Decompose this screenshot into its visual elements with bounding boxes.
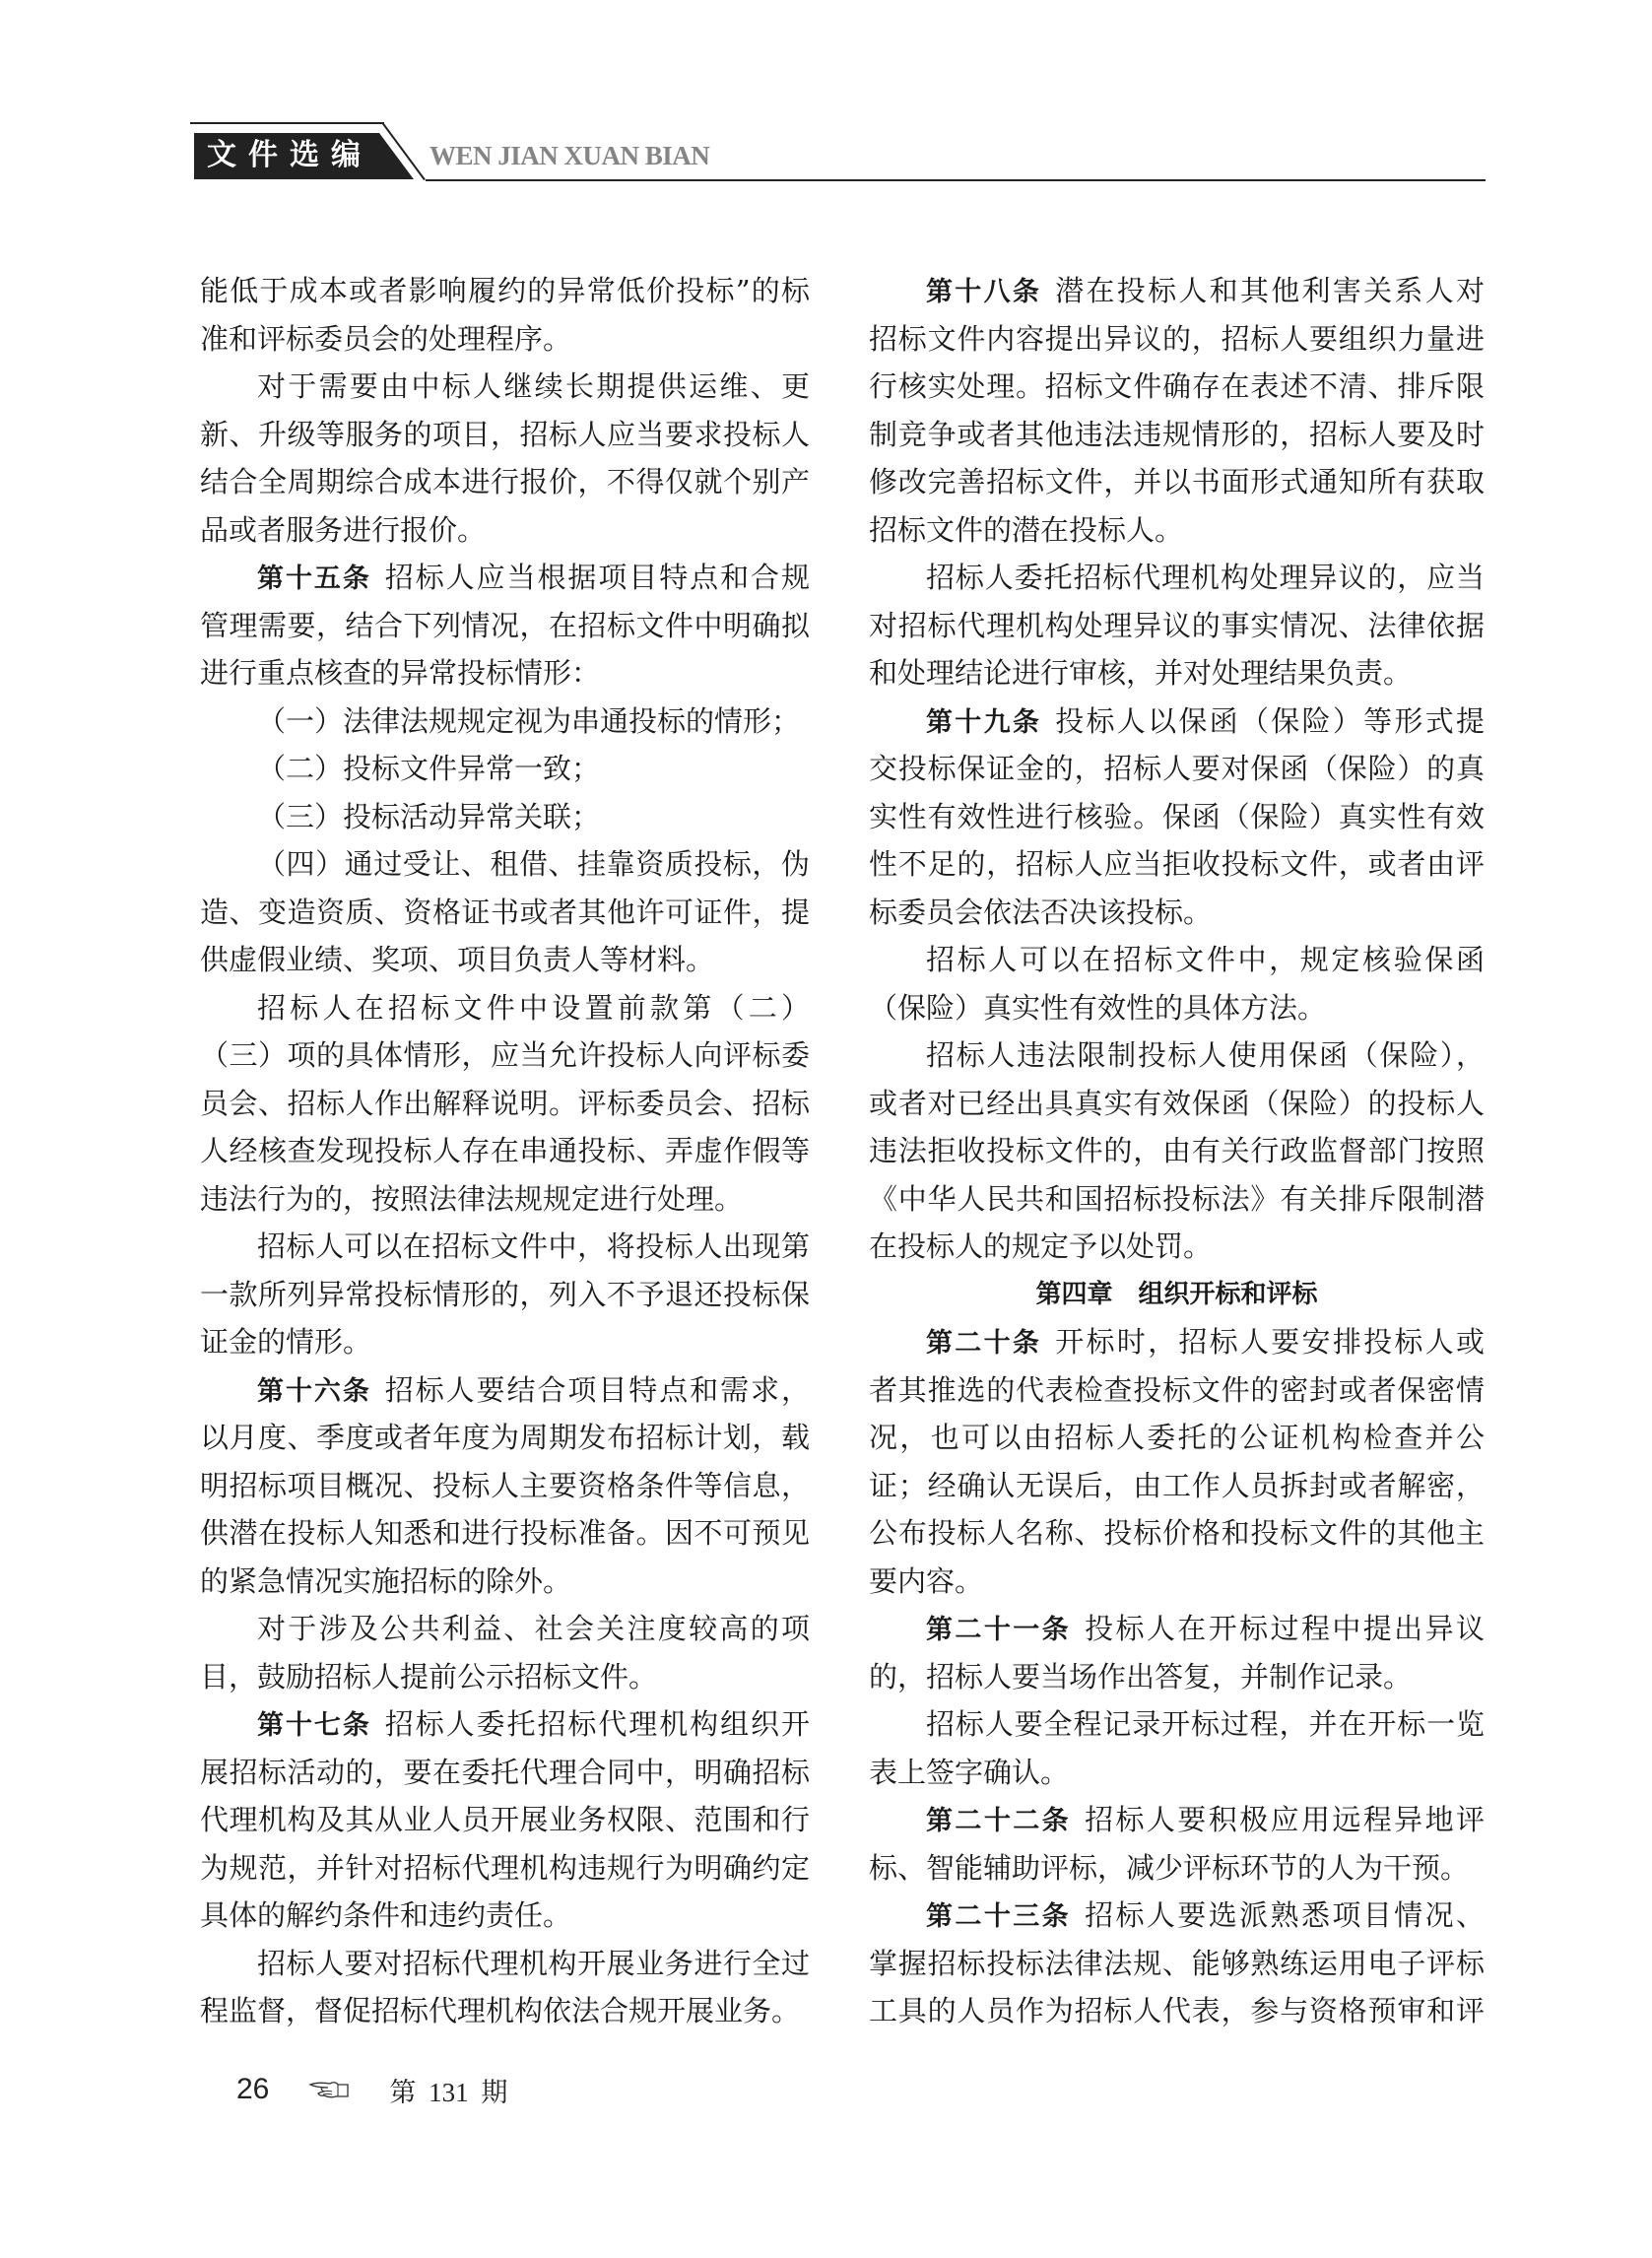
line-text: 展招标活动的，要在委托代理合同中，明确招标 bbox=[200, 1756, 810, 1789]
line-text: 招标人违法限制投标人使用保函（保险）， bbox=[926, 1038, 1485, 1072]
text-line: 第二十三条招标人要选派熟悉项目情况、 bbox=[869, 1892, 1485, 1940]
line-text: 公布投标人名称、投标价格和投标文件的其他主 bbox=[869, 1516, 1485, 1550]
line-text: 行核实处理。招标文件确存在表述不清、排斥限 bbox=[869, 369, 1485, 403]
right-column: 第十八条潜在投标人和其他利害关系人对招标文件内容提出异议的，招标人要组织力量进行… bbox=[869, 267, 1485, 2035]
text-line: 对于需要由中标人继续长期提供运维、更 bbox=[200, 363, 810, 411]
text-line: 人经核查发现投标人存在串通投标、弄虚作假等 bbox=[200, 1127, 810, 1175]
line-text: 招标人可以在招标文件中，将投标人出现第 bbox=[257, 1229, 810, 1263]
text-line: 品或者服务进行报价。 bbox=[200, 506, 810, 555]
text-line: 公布投标人名称、投标价格和投标文件的其他主 bbox=[869, 1509, 1485, 1558]
text-line: 第十八条潜在投标人和其他利害关系人对 bbox=[869, 267, 1485, 315]
text-line: 招标文件内容提出异议的，招标人要组织力量进 bbox=[869, 315, 1485, 364]
line-text: 以月度、季度或者年度为周期发布招标计划，载 bbox=[200, 1421, 810, 1454]
line-text: 招标人应当根据项目特点和合规 bbox=[385, 561, 810, 594]
line-text: 品或者服务进行报价。 bbox=[200, 513, 486, 547]
line-text: 者其推选的代表检查投标文件的密封或者保密情 bbox=[869, 1373, 1485, 1407]
text-line: 管理需要，结合下列情况，在招标文件中明确拟 bbox=[200, 602, 810, 650]
text-line: 证；经确认无误后，由工作人员拆封或者解密， bbox=[869, 1462, 1485, 1510]
text-line: 进行重点核查的异常投标情形： bbox=[200, 649, 810, 697]
line-text: 性不足的，招标人应当拒收投标文件，或者由评 bbox=[869, 847, 1485, 881]
left-column: 能低于成本或者影响履约的异常低价投标”的标准和评标委员会的处理程序。对于需要由中… bbox=[200, 267, 810, 2035]
line-text: 对于涉及公共利益、社会关注度较高的项 bbox=[257, 1612, 810, 1645]
line-text: 在投标人的规定予以处罚。 bbox=[869, 1229, 1212, 1263]
article-number: 第二十二条 bbox=[926, 1806, 1071, 1836]
article-number: 第十八条 bbox=[926, 277, 1041, 307]
line-text: 开标时，招标人要安排投标人或 bbox=[1055, 1325, 1485, 1359]
article-number: 第二十一条 bbox=[926, 1615, 1071, 1645]
line-text: 投标人以保函（保险）等形式提 bbox=[1055, 704, 1485, 738]
text-line: 一款所列异常投标情形的，列入不予退还投标保 bbox=[200, 1271, 810, 1319]
line-text: 招标人委托招标代理机构组织开 bbox=[385, 1707, 810, 1741]
line-text: 结合全周期综合成本进行报价，不得仅就个别产 bbox=[200, 465, 810, 498]
line-text: 要内容。 bbox=[869, 1564, 983, 1598]
text-line: 具体的解约条件和违约责任。 bbox=[200, 1892, 810, 1940]
text-line: 第十七条招标人委托招标代理机构组织开 bbox=[200, 1700, 810, 1749]
line-text: 人经核查发现投标人存在串通投标、弄虚作假等 bbox=[200, 1134, 810, 1167]
article-number: 第二十条 bbox=[926, 1328, 1041, 1359]
text-line: 行核实处理。招标文件确存在表述不清、排斥限 bbox=[869, 363, 1485, 411]
header-rule bbox=[426, 179, 1486, 181]
issue-label: 第 131 期 bbox=[389, 2071, 507, 2109]
text-line: 对招标代理机构处理异议的事实情况、法律依据 bbox=[869, 602, 1485, 650]
line-text: 造、变造资质、资格证书或者其他许可证件，提 bbox=[200, 896, 810, 929]
line-text: 交投标保证金的，招标人要对保函（保险）的真 bbox=[869, 752, 1485, 785]
text-line: 或者对已经出具真实有效保函（保险）的投标人 bbox=[869, 1080, 1485, 1128]
text-line: 者其推选的代表检查投标文件的密封或者保密情 bbox=[869, 1366, 1485, 1415]
text-line: 招标人可以在招标文件中，规定核验保函 bbox=[869, 936, 1485, 984]
text-line: 结合全周期综合成本进行报价，不得仅就个别产 bbox=[200, 458, 810, 506]
line-text: 明招标项目概况、投标人主要资格条件等信息， bbox=[200, 1469, 810, 1502]
text-line: 第二十二条招标人要积极应用远程异地评 bbox=[869, 1796, 1485, 1844]
line-text: 管理需要，结合下列情况，在招标文件中明确拟 bbox=[200, 609, 810, 642]
text-line: 以月度、季度或者年度为周期发布招标计划，载 bbox=[200, 1414, 810, 1462]
line-text: 标委员会依法否决该投标。 bbox=[869, 896, 1212, 929]
chapter-heading: 第四章 组织开标和评标 bbox=[869, 1271, 1485, 1319]
line-text: 违法行为的，按照法律法规规定进行处理。 bbox=[200, 1182, 743, 1216]
line-text: （四）通过受让、租借、挂靠资质投标，伪 bbox=[257, 847, 810, 881]
line-text: 第四章 组织开标和评标 bbox=[1035, 1280, 1317, 1309]
text-line: 的紧急情况实施招标的除外。 bbox=[200, 1558, 810, 1606]
line-text: 能低于成本或者影响履约的异常低价投标”的标 bbox=[200, 274, 810, 307]
text-line: 第二十条开标时，招标人要安排投标人或 bbox=[869, 1318, 1485, 1366]
text-line: 为规范，并针对招标代理机构违规行为明确约定 bbox=[200, 1844, 810, 1893]
line-text: 招标人要积极应用远程异地评 bbox=[1085, 1803, 1485, 1836]
text-line: 展招标活动的，要在委托代理合同中，明确招标 bbox=[200, 1749, 810, 1797]
page-footer: 26 第 131 期 bbox=[236, 2073, 507, 2106]
line-text: 的，招标人要当场作出答复，并制作记录。 bbox=[869, 1660, 1412, 1693]
text-line: 工具的人员作为招标人代表，参与资格预审和评 bbox=[869, 1987, 1485, 2035]
line-text: 员会、招标人作出解释说明。评标委员会、招标 bbox=[200, 1087, 810, 1120]
line-text: 招标人委托招标代理机构处理异议的，应当 bbox=[926, 561, 1485, 594]
line-text: 和处理结论进行审核，并对处理结果负责。 bbox=[869, 656, 1412, 690]
line-text: 潜在投标人和其他利害关系人对 bbox=[1055, 274, 1485, 307]
line-text: 招标人可以在招标文件中，规定核验保函 bbox=[926, 943, 1485, 976]
line-text: （一）法律法规规定视为串通投标的情形； bbox=[257, 704, 800, 738]
text-line: 修改完善招标文件，并以书面形式通知所有获取 bbox=[869, 458, 1485, 506]
line-text: 况，也可以由招标人委托的公证机构检查并公 bbox=[869, 1421, 1485, 1454]
text-line: 和处理结论进行审核，并对处理结果负责。 bbox=[869, 649, 1485, 697]
line-text: 准和评标委员会的处理程序。 bbox=[200, 322, 571, 356]
page-number: 26 bbox=[236, 2073, 269, 2106]
text-line: 程监督，督促招标代理机构依法合规开展业务。 bbox=[200, 1987, 810, 2035]
line-text: 招标人要全程记录开标过程，并在开标一览 bbox=[926, 1707, 1485, 1741]
line-text: 对招标代理机构处理异议的事实情况、法律依据 bbox=[869, 609, 1485, 642]
text-line: 性不足的，招标人应当拒收投标文件，或者由评 bbox=[869, 840, 1485, 889]
section-title-en: WEN JIAN XUAN BIAN bbox=[430, 141, 709, 170]
text-line: 违法拒收投标文件的，由有关行政监督部门按照 bbox=[869, 1127, 1485, 1175]
line-text: 《中华人民共和国招标投标法》有关排斥限制潜 bbox=[869, 1182, 1485, 1216]
text-line: （三）项的具体情形，应当允许投标人向评标委 bbox=[200, 1031, 810, 1080]
line-text: （二）投标文件异常一致； bbox=[257, 752, 600, 785]
text-line: （保险）真实性有效性的具体方法。 bbox=[869, 984, 1485, 1032]
line-text: 供潜在投标人知悉和进行投标准备。因不可预见 bbox=[200, 1516, 810, 1550]
text-line: 能低于成本或者影响履约的异常低价投标”的标 bbox=[200, 267, 810, 315]
line-text: 修改完善招标文件，并以书面形式通知所有获取 bbox=[869, 465, 1485, 498]
line-text: 对于需要由中标人继续长期提供运维、更 bbox=[257, 369, 810, 403]
section-title-cn: 文件选编 bbox=[207, 137, 372, 174]
text-line: 第十六条招标人要结合项目特点和需求， bbox=[200, 1366, 810, 1415]
line-text: 新、升级等服务的项目，招标人应当要求投标人 bbox=[200, 418, 810, 451]
line-text: 违法拒收投标文件的，由有关行政监督部门按照 bbox=[869, 1134, 1485, 1167]
text-line: 表上签字确认。 bbox=[869, 1749, 1485, 1797]
header-top-line bbox=[190, 122, 384, 124]
line-text: 或者对已经出具真实有效保函（保险）的投标人 bbox=[869, 1087, 1485, 1120]
text-line: 准和评标委员会的处理程序。 bbox=[200, 315, 810, 364]
line-text: 招标人要对招标代理机构开展业务进行全过 bbox=[257, 1947, 810, 1980]
text-line: 对于涉及公共利益、社会关注度较高的项 bbox=[200, 1605, 810, 1653]
line-text: （保险）真实性有效性的具体方法。 bbox=[869, 991, 1326, 1025]
text-line: 第十五条招标人应当根据项目特点和合规 bbox=[200, 554, 810, 602]
pointing-hand-icon bbox=[308, 2079, 350, 2100]
line-text: 工具的人员作为招标人代表，参与资格预审和评 bbox=[869, 1994, 1485, 2027]
article-number: 第二十三条 bbox=[926, 1901, 1071, 1932]
text-line: 供虚假业绩、奖项、项目负责人等材料。 bbox=[200, 936, 810, 984]
line-text: 的紧急情况实施招标的除外。 bbox=[200, 1564, 571, 1598]
article-number: 第十七条 bbox=[257, 1710, 371, 1741]
line-text: （三）投标活动异常关联； bbox=[257, 800, 600, 833]
text-line: 招标人要全程记录开标过程，并在开标一览 bbox=[869, 1700, 1485, 1749]
line-text: （三）项的具体情形，应当允许投标人向评标委 bbox=[200, 1038, 810, 1072]
text-line: 招标人在招标文件中设置前款第（二） bbox=[200, 984, 810, 1032]
text-line: 造、变造资质、资格证书或者其他许可证件，提 bbox=[200, 889, 810, 937]
line-text: 掌握招标投标法律法规、能够熟练运用电子评标 bbox=[869, 1947, 1485, 1980]
text-line: 招标人要对招标代理机构开展业务进行全过 bbox=[200, 1940, 810, 1988]
line-text: 代理机构及其从业人员开展业务权限、范围和行 bbox=[200, 1803, 810, 1836]
line-text: 为规范，并针对招标代理机构违规行为明确约定 bbox=[200, 1851, 810, 1885]
text-line: 制竞争或者其他违法违规情形的，招标人要及时 bbox=[869, 411, 1485, 459]
text-line: （一）法律法规规定视为串通投标的情形； bbox=[200, 697, 810, 746]
line-text: 招标人要结合项目特点和需求， bbox=[385, 1373, 810, 1407]
line-text: 目，鼓励招标人提前公示招标文件。 bbox=[200, 1660, 657, 1693]
text-line: 供潜在投标人知悉和进行投标准备。因不可预见 bbox=[200, 1509, 810, 1558]
line-text: 标、智能辅助评标，减少评标环节的人为干预。 bbox=[869, 1851, 1469, 1885]
text-line: 招标人可以在招标文件中，将投标人出现第 bbox=[200, 1223, 810, 1271]
text-line: 新、升级等服务的项目，招标人应当要求投标人 bbox=[200, 411, 810, 459]
text-line: 《中华人民共和国招标投标法》有关排斥限制潜 bbox=[869, 1175, 1485, 1224]
line-text: 招标文件的潜在投标人。 bbox=[869, 513, 1183, 547]
text-line: 况，也可以由招标人委托的公证机构检查并公 bbox=[869, 1414, 1485, 1462]
text-line: 员会、招标人作出解释说明。评标委员会、招标 bbox=[200, 1080, 810, 1128]
line-text: 招标人在招标文件中设置前款第（二） bbox=[257, 991, 810, 1025]
text-line: 违法行为的，按照法律法规规定进行处理。 bbox=[200, 1175, 810, 1224]
line-text: 证；经确认无误后，由工作人员拆封或者解密， bbox=[869, 1469, 1485, 1502]
text-line: 招标人违法限制投标人使用保函（保险）， bbox=[869, 1031, 1485, 1080]
line-text: 制竞争或者其他违法违规情形的，招标人要及时 bbox=[869, 418, 1485, 451]
text-line: 的，招标人要当场作出答复，并制作记录。 bbox=[869, 1653, 1485, 1701]
text-line: 证金的情形。 bbox=[200, 1318, 810, 1366]
text-line: （四）通过受让、租借、挂靠资质投标，伪 bbox=[200, 840, 810, 889]
line-text: 供虚假业绩、奖项、项目负责人等材料。 bbox=[200, 943, 714, 976]
text-line: 代理机构及其从业人员开展业务权限、范围和行 bbox=[200, 1796, 810, 1844]
text-line: 第十九条投标人以保函（保险）等形式提 bbox=[869, 697, 1485, 746]
text-line: 掌握招标投标法律法规、能够熟练运用电子评标 bbox=[869, 1940, 1485, 1988]
line-text: 一款所列异常投标情形的，列入不予退还投标保 bbox=[200, 1278, 810, 1311]
line-text: 实性有效性进行核验。保函（保险）真实性有效 bbox=[869, 800, 1485, 833]
text-line: 标、智能辅助评标，减少评标环节的人为干预。 bbox=[869, 1844, 1485, 1893]
text-line: 明招标项目概况、投标人主要资格条件等信息， bbox=[200, 1462, 810, 1510]
text-line: 要内容。 bbox=[869, 1558, 1485, 1606]
text-line: （二）投标文件异常一致； bbox=[200, 745, 810, 793]
line-text: 表上签字确认。 bbox=[869, 1756, 1069, 1789]
line-text: 招标文件内容提出异议的，招标人要组织力量进 bbox=[869, 322, 1485, 356]
text-line: 交投标保证金的，招标人要对保函（保险）的真 bbox=[869, 745, 1485, 793]
line-text: 投标人在开标过程中提出异议 bbox=[1085, 1612, 1485, 1645]
text-line: 目，鼓励招标人提前公示招标文件。 bbox=[200, 1653, 810, 1701]
text-line: 第二十一条投标人在开标过程中提出异议 bbox=[869, 1605, 1485, 1653]
article-number: 第十六条 bbox=[257, 1376, 371, 1407]
line-text: 证金的情形。 bbox=[200, 1325, 371, 1359]
article-number: 第十九条 bbox=[926, 707, 1041, 738]
text-line: 招标人委托招标代理机构处理异议的，应当 bbox=[869, 554, 1485, 602]
article-number: 第十五条 bbox=[257, 564, 371, 594]
text-line: 标委员会依法否决该投标。 bbox=[869, 889, 1485, 937]
line-text: 进行重点核查的异常投标情形： bbox=[200, 656, 600, 690]
line-text: 招标人要选派熟悉项目情况、 bbox=[1085, 1898, 1485, 1932]
text-line: （三）投标活动异常关联； bbox=[200, 793, 810, 841]
text-line: 实性有效性进行核验。保函（保险）真实性有效 bbox=[869, 793, 1485, 841]
text-line: 招标文件的潜在投标人。 bbox=[869, 506, 1485, 555]
line-text: 程监督，督促招标代理机构依法合规开展业务。 bbox=[200, 1994, 800, 2027]
text-line: 在投标人的规定予以处罚。 bbox=[869, 1223, 1485, 1271]
line-text: 具体的解约条件和违约责任。 bbox=[200, 1898, 571, 1932]
